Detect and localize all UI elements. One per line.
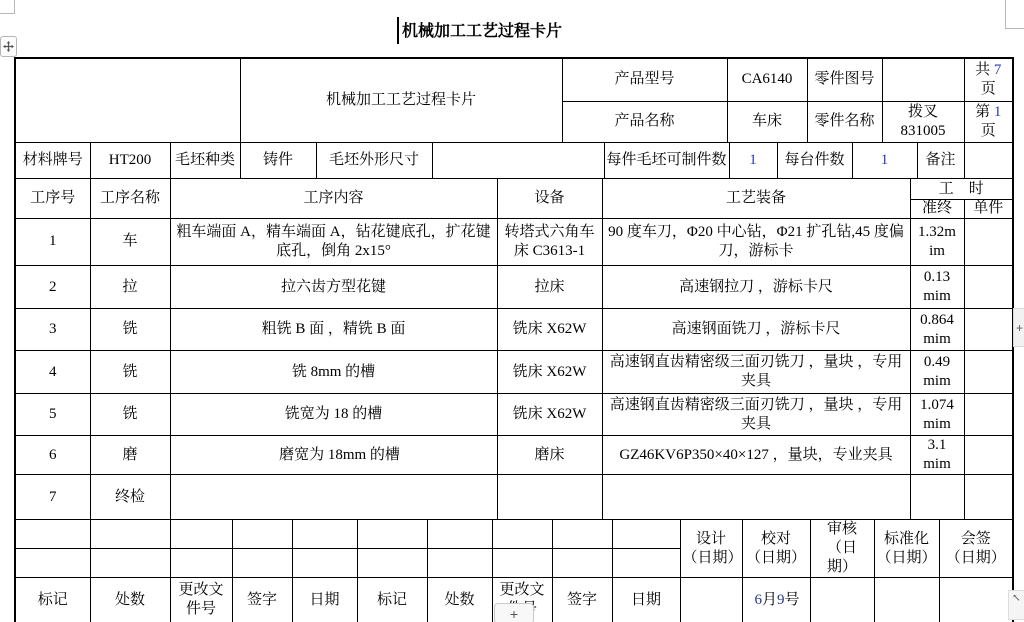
process-no[interactable]: 6	[16, 436, 90, 475]
change-log-cell[interactable]	[292, 520, 357, 549]
page-margin-mark-topleft-v	[14, 0, 15, 13]
process-name[interactable]: 终检	[90, 475, 170, 520]
material-grade-label: 材料牌号	[16, 143, 90, 179]
process-name[interactable]: 磨	[90, 436, 170, 475]
process-name[interactable]: 拉	[90, 266, 170, 309]
process-name[interactable]: 铣	[90, 394, 170, 436]
process-equipment[interactable]: 拉床	[497, 266, 602, 309]
change-log-cell[interactable]	[292, 549, 357, 578]
check-date-value[interactable]: 6月9号	[742, 578, 810, 622]
change-log-cell[interactable]	[357, 549, 427, 578]
page-number: 1	[994, 104, 1002, 120]
col-header-tooling: 工艺装备	[602, 179, 910, 218]
table-row: 4 铣 铣 8mm 的槽 铣床 X62W 高速钢直齿精密级三面刃铣刀 ，量块 ，…	[16, 351, 1012, 394]
approval-section: 设计（日期） 校对（日期） 审核（日期） 标准化（日期） 会签（日期）	[16, 520, 1012, 578]
count-label: 处数	[90, 578, 170, 622]
change-log-cell[interactable]	[170, 549, 232, 578]
table-row: 7 终检	[16, 475, 1012, 520]
mark-label: 标记	[357, 578, 427, 622]
process-equipment[interactable]: 铣床 X62W	[497, 394, 602, 436]
col-header-process-content: 工序内容	[170, 179, 497, 218]
process-no[interactable]: 2	[16, 266, 90, 309]
process-content[interactable]: 磨宽为 18mm 的槽	[170, 436, 497, 475]
part-name-label: 零件名称	[807, 101, 882, 142]
process-equipment[interactable]	[497, 475, 602, 520]
process-header-section: 工序号 工序名称 工序内容 设备 工艺装备 工 时 准终 单件	[16, 179, 1012, 219]
arrow-up-left-icon: ↖	[1012, 593, 1020, 604]
change-log-cell[interactable]	[427, 549, 492, 578]
pieces-per-blank-label: 每件毛坯可制件数	[604, 143, 729, 179]
table-row: 1 车 粗车端面 A，精车端面 A，钻花键底孔，扩花键底孔，倒角 2x15° 转…	[16, 219, 1012, 266]
process-equipment[interactable]: 磨床	[497, 436, 602, 475]
process-content[interactable]: 粗车端面 A，精车端面 A，钻花键底孔，扩花键底孔，倒角 2x15°	[170, 219, 497, 266]
date-label: 日期	[612, 578, 680, 622]
audit-date-value[interactable]	[810, 578, 874, 622]
standardize-date-header: 标准化（日期）	[874, 520, 939, 578]
blank-type-label: 毛坯种类	[170, 143, 240, 179]
change-log-cell[interactable]	[427, 520, 492, 549]
process-equipment[interactable]: 铣床 X62W	[497, 309, 602, 351]
product-name-value[interactable]: 车床	[727, 101, 807, 142]
card-title-cell: 机械加工工艺过程卡片	[240, 59, 562, 142]
material-grade-value[interactable]: HT200	[90, 143, 170, 179]
process-name[interactable]: 铣	[90, 351, 170, 394]
table-row: 5 铣 铣宽为 18 的槽 铣床 X62W 高速钢直齿精密级三面刃铣刀 ，量块 …	[16, 394, 1012, 436]
change-log-cell[interactable]	[612, 520, 680, 549]
change-log-cell[interactable]	[16, 549, 90, 578]
change-log-cell[interactable]	[612, 549, 680, 578]
process-equipment[interactable]: 铣床 X62W	[497, 351, 602, 394]
process-content[interactable]	[170, 475, 497, 520]
time-unit-value[interactable]	[964, 475, 1012, 520]
pieces-per-machine-label: 每台件数	[777, 143, 852, 179]
table-row: 3 铣 粗铣 B 面 ，精铣 B 面 铣床 X62W 高速钢面铣刀 ，游标卡尺 …	[16, 309, 1012, 351]
time-unit-value[interactable]	[964, 436, 1012, 475]
process-name[interactable]: 车	[90, 219, 170, 266]
time-prep-value[interactable]: 0.49mim	[910, 351, 964, 394]
time-unit-value[interactable]	[964, 219, 1012, 266]
check-date-header: 校对（日期）	[742, 520, 810, 578]
move-icon	[3, 41, 14, 52]
blank-dimensions-value[interactable]	[432, 143, 604, 179]
process-no[interactable]: 1	[16, 219, 90, 266]
process-tooling[interactable]: GZ46KV6P350×40×127 ，量块，专业夹具	[602, 436, 910, 475]
time-prep-value[interactable]: 1.074mim	[910, 394, 964, 436]
change-log-cell[interactable]	[16, 520, 90, 549]
process-content[interactable]: 粗铣 B 面 ，精铣 B 面	[170, 309, 497, 351]
resize-handle-icon[interactable]: ↖	[1008, 590, 1024, 620]
change-doc-label: 更改文件号	[170, 578, 232, 622]
product-name-label: 产品名称	[562, 101, 727, 142]
add-page-button[interactable]: +	[494, 603, 534, 622]
process-tooling[interactable]: 90 度车刀，Φ20 中心钻，Φ21 扩孔钻,45 度偏刀，游标卡	[602, 219, 910, 266]
part-drawing-no-label: 零件图号	[807, 59, 882, 101]
process-content[interactable]: 铣 8mm 的槽	[170, 351, 497, 394]
product-model-value[interactable]: CA6140	[727, 59, 807, 101]
change-log-cell[interactable]	[552, 549, 612, 578]
col-header-equipment: 设备	[497, 179, 602, 218]
product-model-label: 产品型号	[562, 59, 727, 101]
pieces-per-blank-value[interactable]: 1	[729, 143, 777, 179]
col-header-time-unit: 单件	[964, 199, 1012, 218]
col-header-time-group: 工 时	[910, 179, 1012, 199]
change-log-cell[interactable]	[492, 520, 552, 549]
table-row: 6 磨 磨宽为 18mm 的槽 磨床 GZ46KV6P350×40×127 ，量…	[16, 436, 1012, 475]
logo-cell[interactable]	[16, 59, 240, 142]
process-content[interactable]: 拉六齿方型花键	[170, 266, 497, 309]
page-title: 机械加工工艺过程卡片	[402, 18, 562, 41]
time-prep-value[interactable]: 3.1mim	[910, 436, 964, 475]
process-card-table: 机械加工工艺过程卡片 产品型号 CA6140 零件图号 共 7 页 产品名称 车…	[14, 57, 1014, 622]
time-prep-value[interactable]: 1.32mim	[910, 219, 964, 266]
process-no[interactable]: 5	[16, 394, 90, 436]
total-pages-number: 7	[994, 62, 1002, 78]
blank-dimensions-label: 毛坯外形尺寸	[316, 143, 432, 179]
change-log-cell[interactable]	[90, 520, 170, 549]
text-cursor	[397, 17, 399, 44]
material-section: 材料牌号 HT200 毛坯种类 铸件 毛坯外形尺寸 每件毛坯可制件数 1 每台件…	[16, 143, 1012, 180]
process-no[interactable]: 7	[16, 475, 90, 520]
change-log-cell[interactable]	[232, 520, 292, 549]
page-no-cell: 第 1 页	[964, 101, 1012, 142]
col-header-process-name: 工序名称	[90, 179, 170, 218]
process-content[interactable]: 铣宽为 18 的槽	[170, 394, 497, 436]
table-row: 2 拉 拉六齿方型花键 拉床 高速钢拉刀 ，游标卡尺 0.13mim	[16, 266, 1012, 309]
change-log-cell[interactable]	[232, 549, 292, 578]
date-label: 日期	[292, 578, 357, 622]
countersign-date-header: 会签（日期）	[939, 520, 1012, 578]
change-log-cell[interactable]	[492, 549, 552, 578]
remarks-label: 备注	[917, 143, 964, 179]
time-unit-value[interactable]	[964, 351, 1012, 394]
process-name[interactable]: 铣	[90, 309, 170, 351]
col-header-process-no: 工序号	[16, 179, 90, 218]
plus-icon: +	[510, 606, 518, 622]
count-label: 处数	[427, 578, 492, 622]
pieces-per-machine-value[interactable]: 1	[852, 143, 917, 179]
plus-icon: +	[1016, 321, 1023, 335]
process-no[interactable]: 4	[16, 351, 90, 394]
countersign-date-value[interactable]	[939, 578, 1012, 622]
time-prep-value[interactable]: 0.13mim	[910, 266, 964, 309]
total-pages-cell: 共 7 页	[964, 59, 1012, 101]
blank-type-value[interactable]: 铸件	[240, 143, 316, 179]
sign-label: 签字	[232, 578, 292, 622]
process-rows-section: 1 车 粗车端面 A，精车端面 A，钻花键底孔，扩花键底孔，倒角 2x15° 转…	[16, 219, 1012, 521]
design-date-header: 设计（日期）	[680, 520, 742, 578]
change-log-cell[interactable]	[90, 549, 170, 578]
change-log-cell[interactable]	[552, 520, 612, 549]
process-equipment[interactable]: 转塔式六角车床 C3613-1	[497, 219, 602, 266]
table-move-handle[interactable]	[0, 36, 17, 57]
sign-label: 签字	[552, 578, 612, 622]
time-prep-value[interactable]	[910, 475, 964, 520]
process-tooling[interactable]: 高速钢面铣刀 ，游标卡尺	[602, 309, 910, 351]
process-tooling[interactable]	[602, 475, 910, 520]
part-drawing-no-value[interactable]	[882, 59, 964, 101]
time-unit-value[interactable]	[964, 394, 1012, 436]
process-tooling[interactable]: 高速钢直齿精密级三面刃铣刀 ，量块 ，专用夹具	[602, 394, 910, 436]
process-no[interactable]: 3	[16, 309, 90, 351]
remarks-value[interactable]	[964, 143, 1012, 179]
mark-label: 标记	[16, 578, 90, 622]
side-plus-button[interactable]: +	[1013, 308, 1024, 347]
page-margin-mark-topright-v	[1005, 0, 1006, 28]
time-unit-value[interactable]	[964, 266, 1012, 309]
page-margin-mark-topleft-h	[0, 13, 15, 14]
audit-date-header: 审核（日期）	[810, 520, 874, 578]
standardize-date-value[interactable]	[874, 578, 939, 622]
page-margin-mark-topright-h	[1005, 28, 1024, 29]
process-tooling[interactable]: 高速钢拉刀 ，游标卡尺	[602, 266, 910, 309]
time-prep-value[interactable]: 0.864mim	[910, 309, 964, 351]
change-log-cell[interactable]	[170, 520, 232, 549]
part-name-value[interactable]: 拨叉831005	[882, 101, 964, 142]
time-unit-value[interactable]	[964, 309, 1012, 351]
header-section: 机械加工工艺过程卡片 产品型号 CA6140 零件图号 共 7 页 产品名称 车…	[16, 59, 1012, 143]
process-tooling[interactable]: 高速钢直齿精密级三面刃铣刀 ，量块 ，专用夹具	[602, 351, 910, 394]
col-header-time-prep: 准终	[910, 199, 964, 218]
design-date-value[interactable]	[680, 578, 742, 622]
change-log-cell[interactable]	[357, 520, 427, 549]
